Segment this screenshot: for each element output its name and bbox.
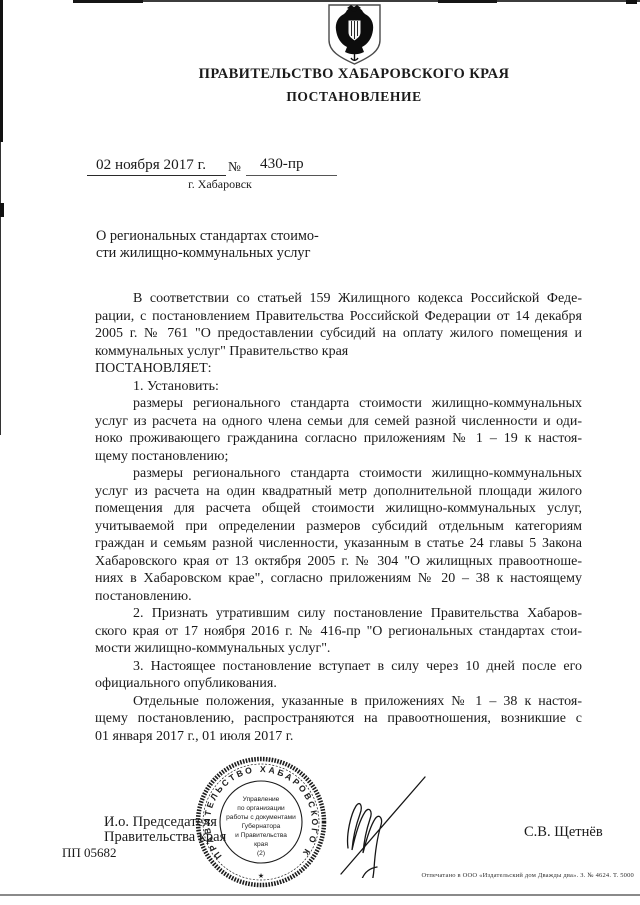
scan-artifact-top-dark-2 <box>438 0 497 3</box>
doc-date: 02 ноября 2017 г. <box>96 156 206 174</box>
svg-text:Губернатора: Губернатора <box>242 822 281 830</box>
svg-text:(2): (2) <box>257 850 265 857</box>
body-line: учитываемой при определении размеров суб… <box>95 518 582 536</box>
org-name: ПРАВИТЕЛЬСТВО ХАБАРОВСКОГО КРАЯ <box>68 66 640 83</box>
body-line: ПОСТАНОВЛЯЕТ: <box>95 360 582 378</box>
body-line: щему постановлению; <box>95 448 582 466</box>
body-text: В соответствии со статьей 159 Жилищного … <box>95 290 582 745</box>
body-line: 1. Установить: <box>95 378 582 396</box>
body-line: 2005 г. № 761 "О предоставлении субсидий… <box>95 325 582 343</box>
svg-text:Управление: Управление <box>243 796 280 803</box>
scan-artifact-left-edge <box>0 0 3 142</box>
body-line: Хабаровского края от 13 октября 2005 г. … <box>95 553 582 571</box>
body-line: ноко проживающего гражданина согласно пр… <box>95 430 582 448</box>
body-line: 2. Признать утратившим силу постановлени… <box>95 605 582 623</box>
doc-type-title: ПОСТАНОВЛЕНИЕ <box>68 89 640 105</box>
body-line: ниях в Хабаровском крае", согласно прило… <box>95 570 582 588</box>
city-label: г. Хабаровск <box>120 177 320 192</box>
print-note: Отпечатано в ООО «Издательский дом Дважд… <box>405 872 634 879</box>
body-line: В соответствии со статьей 159 Жилищного … <box>95 290 582 308</box>
scan-artifact-left-edge-thin <box>0 142 1 435</box>
signature-icon <box>328 752 432 878</box>
body-line: рации, с постановлением Правительства Ро… <box>95 308 582 326</box>
doc-code: ПП 05682 <box>62 845 117 861</box>
scan-artifact-top-blob <box>626 0 637 4</box>
scan-artifact-left-blob <box>0 203 4 217</box>
body-line: размеры регионального стандарта стоимост… <box>95 465 582 483</box>
body-line: граждан и семьям разной численности, ука… <box>95 535 582 553</box>
scan-artifact-top-dark-1 <box>73 0 143 3</box>
body-line: коммунальных услуг" Правительство края <box>95 343 582 361</box>
body-line: 3. Настоящее постановление вступает в си… <box>95 658 582 676</box>
body-line: услуг из расчета на один квадратный метр… <box>95 483 582 501</box>
scan-artifact-top-edge <box>73 0 640 2</box>
body-line: мости жилищно-коммунальных услуг". <box>95 640 582 658</box>
body-line: щему постановлению, распространяются на … <box>95 710 582 728</box>
scan-artifact-bottom-edge <box>0 894 640 896</box>
body-line: размеры регионального стандарта стоимост… <box>95 395 582 413</box>
body-line: постановлению. <box>95 588 582 606</box>
date-underline <box>87 175 226 176</box>
signatory-name: С.В. Щетнёв <box>524 824 603 841</box>
svg-text:края: края <box>254 841 268 848</box>
svg-text:работы с документами: работы с документами <box>226 813 296 821</box>
document-page: ПРАВИТЕЛЬСТВО ХАБАРОВСКОГО КРАЯ ПОСТАНОВ… <box>0 0 640 905</box>
body-line: официального опубликования. <box>95 675 582 693</box>
number-underline <box>246 175 337 176</box>
official-stamp: ПРАВИТЕЛЬСТВО ХАБАРОВСКОГО КРАЯ ★ Управл… <box>187 751 335 893</box>
subject-line: сти жилищно-коммунальных услуг <box>96 245 319 262</box>
body-line: ского края от 17 ноября 2016 г. № 416-пр… <box>95 623 582 641</box>
stamp-center-text: Управление по организации работы с докум… <box>226 796 296 857</box>
number-sign: № <box>228 159 241 175</box>
svg-text:по организации: по организации <box>237 805 285 812</box>
subject-heading: О региональных стандартах стоимо- сти жи… <box>96 228 319 262</box>
body-line: Отдельные положения, указанные в приложе… <box>95 693 582 711</box>
subject-line: О региональных стандартах стоимо- <box>96 228 319 245</box>
body-line: 01 января 2017 г., 01 июля 2017 г. <box>95 728 582 746</box>
body-line: помещения для расчета общей стоимости жи… <box>95 500 582 518</box>
khabarovsk-coat-of-arms-icon <box>325 3 384 66</box>
svg-text:и Правительства: и Правительства <box>235 832 287 839</box>
doc-number: 430-пр <box>260 155 304 173</box>
body-line: услуг из расчета на одного члена семьи д… <box>95 413 582 431</box>
stamp-star-icon: ★ <box>258 872 264 880</box>
